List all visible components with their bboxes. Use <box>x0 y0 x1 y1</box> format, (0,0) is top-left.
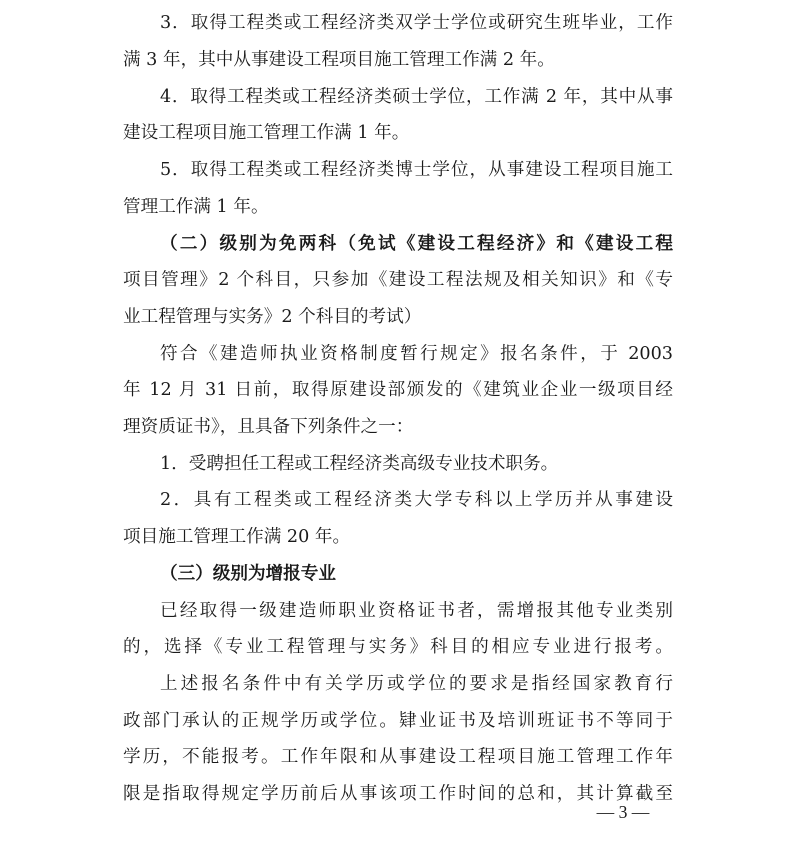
paragraph-notes-line-1: 上述报名条件中有关学历或学位的要求是指经国家教育行 <box>160 669 673 699</box>
paragraph-additional-line-2: 的，选择《专业工程管理与实务》科目的相应专业进行报考。 <box>123 632 673 662</box>
paragraph-conditions-line-2: 年 12 月 31 日前，取得原建设部颁发的《建筑业企业一级项目经 <box>123 375 673 405</box>
section-heading-2: （二）级别为免两科（免试《建设工程经济》和《建设工程 <box>160 229 673 259</box>
condition-item-2-line-1: 2．具有工程类或工程经济类大学专科以上学历并从事建设 <box>160 485 673 515</box>
paragraph-conditions-line-3: 理资质证书》，且具备下列条件之一： <box>123 412 673 442</box>
list-item-3-line-2: 满 3 年，其中从事建设工程项目施工管理工作满 2 年。 <box>123 45 673 75</box>
section-heading-3: （三）级别为增报专业 <box>160 559 673 589</box>
page-number: — 3 — <box>590 799 656 825</box>
list-item-4-line-1: 4．取得工程类或工程经济类硕士学位，工作满 2 年，其中从事 <box>160 82 673 112</box>
paragraph-notes-line-2: 政部门承认的正规学历或学位。肄业证书及培训班证书不等同于 <box>123 706 673 736</box>
paragraph-conditions-line-1: 符合《建造师执业资格制度暂行规定》报名条件，于 2003 <box>160 339 673 369</box>
list-item-4-line-2: 建设工程项目施工管理工作满 1 年。 <box>123 118 673 148</box>
paragraph-notes-line-3: 学历，不能报考。工作年限和从事建设工程项目施工管理工作年 <box>123 742 673 772</box>
section-heading-2-line-2: 项目管理》2 个科目，只参加《建设工程法规及相关知识》和《专 <box>123 265 673 295</box>
list-item-3-line-1: 3．取得工程类或工程经济类双学士学位或研究生班毕业，工作 <box>160 8 673 38</box>
paragraph-additional-line-1: 已经取得一级建造师职业资格证书者，需增报其他专业类别 <box>160 596 673 626</box>
section-heading-2-line-3: 业工程管理与实务》2 个科目的考试） <box>123 302 673 332</box>
list-item-5-line-1: 5．取得工程类或工程经济类博士学位，从事建设工程项目施工 <box>160 155 673 185</box>
document-page: 3．取得工程类或工程经济类双学士学位或研究生班毕业，工作 满 3 年，其中从事建… <box>0 0 788 847</box>
condition-item-1: 1．受聘担任工程或工程经济类高级专业技术职务。 <box>160 449 673 479</box>
list-item-5-line-2: 管理工作满 1 年。 <box>123 192 673 222</box>
condition-item-2-line-2: 项目施工管理工作满 20 年。 <box>123 522 673 552</box>
